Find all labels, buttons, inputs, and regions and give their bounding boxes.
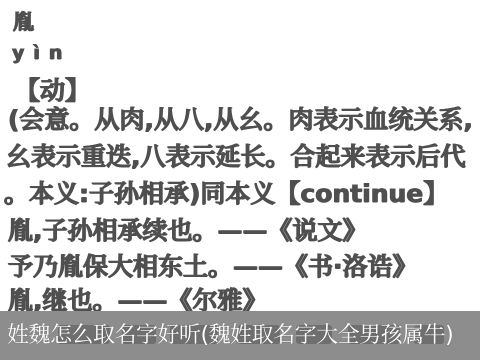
part-of-speech-label: 【动】: [15, 71, 90, 107]
dictionary-page: { "page": { "background_color": "#ffffff…: [0, 0, 480, 360]
caption-text: 姓魏怎么取名字好听(魏姓取名字大全男孩属牛): [7, 311, 477, 360]
definition-line: 幺表示重迭,八表示延长。合起来表示后代: [6, 142, 466, 172]
headword: 胤: [13, 6, 34, 36]
pinyin: yìn: [12, 42, 71, 64]
caption-bar: 姓魏怎么取名字好听(魏姓取名字大全男孩属牛): [0, 311, 480, 360]
definition-line: 。本义:子孙相承)同本义【continue】: [4, 179, 448, 209]
definition-line: (会意。从肉,从八,从幺。肉表示血统关系,: [8, 105, 473, 135]
citation-line: 胤,子孙相承续也。——《说文》: [8, 216, 368, 246]
citation-line: 予乃胤保大相东土。——《书·洛诰》: [8, 252, 418, 282]
